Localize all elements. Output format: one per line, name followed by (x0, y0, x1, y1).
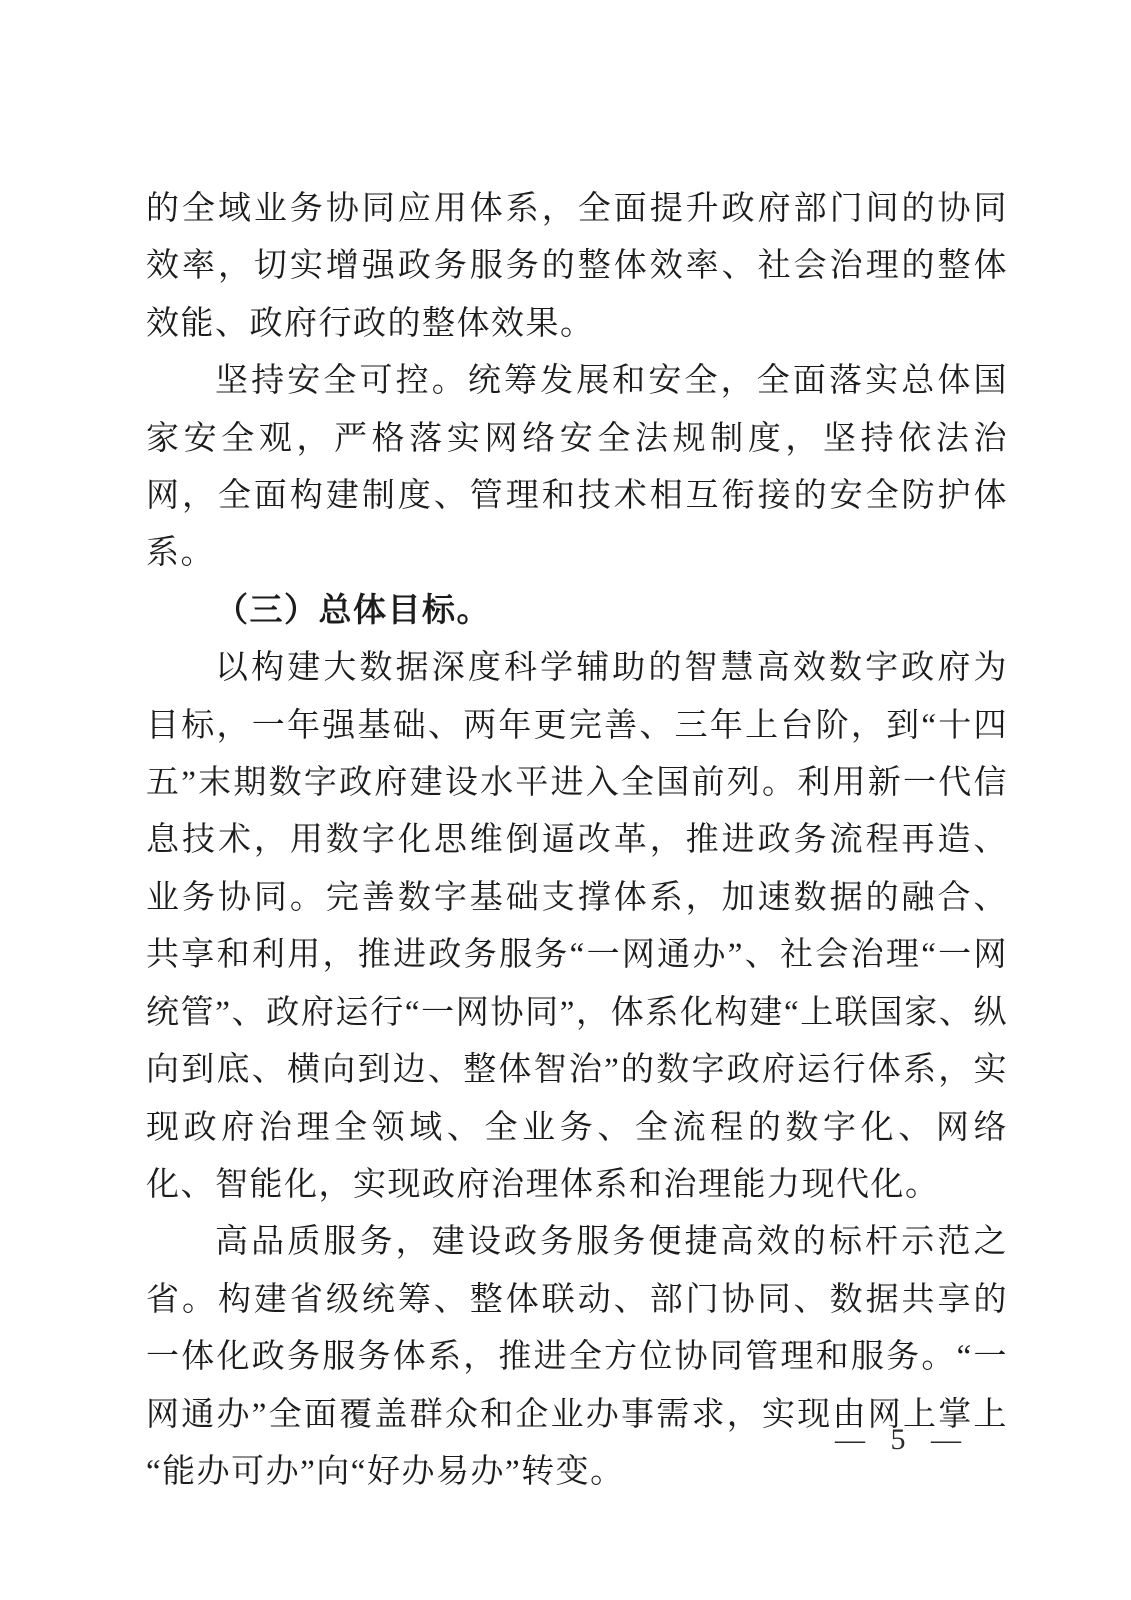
paragraph-security-controllable: 坚持安全可控。统筹发展和安全，全面落实总体国家安全观，严格落实网络安全法规制度，… (146, 353, 1008, 583)
section-heading-overall-goals: （三）总体目标。 (146, 583, 1008, 640)
document-body: 的全域业务协同应用体系，全面提升政府部门间的协同效率，切实增强政务服务的整体效率… (146, 181, 1008, 1501)
page-number: — 5 — (835, 1420, 963, 1460)
document-page: 的全域业务协同应用体系，全面提升政府部门间的协同效率，切实增强政务服务的整体效率… (0, 0, 1131, 1600)
paragraph-continuation-collaboration-system: 的全域业务协同应用体系，全面提升政府部门间的协同效率，切实增强政务服务的整体效率… (146, 181, 1008, 353)
paragraph-overall-goals-body: 以构建大数据深度科学辅助的智慧高效数字政府为目标，一年强基础、两年更完善、三年上… (146, 640, 1008, 1214)
